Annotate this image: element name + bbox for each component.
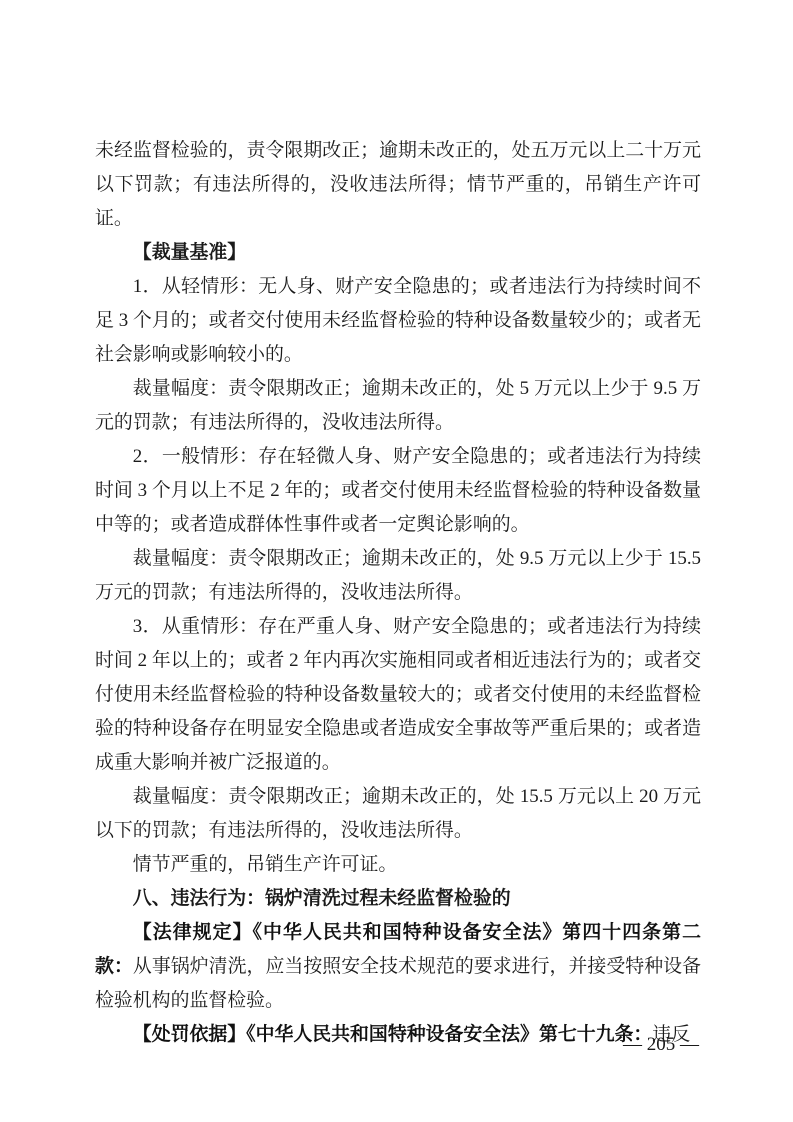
paragraph-penalty-basis: 【处罚依据】《中华人民共和国特种设备安全法》第七十九条：违反 <box>95 1018 701 1052</box>
document-content: 未经监督检验的，责令限期改正；逾期未改正的，处五万元以上二十万元以下罚款；有违法… <box>95 134 701 1052</box>
paragraph-general-circumstances: 2．一般情形：存在轻微人身、财产安全隐患的；或者违法行为持续时间 3 个月以上不… <box>95 440 701 542</box>
paragraph-legal-provision: 【法律规定】《中华人民共和国特种设备安全法》第四十四条第二款：从事锅炉清洗，应当… <box>95 916 701 1018</box>
paragraph-general-penalty-range: 裁量幅度：责令限期改正；逾期未改正的，处 9.5 万元以上少于 15.5 万元的… <box>95 542 701 610</box>
paragraph-serious-case-revocation: 情节严重的，吊销生产许可证。 <box>95 848 701 882</box>
document-page: 未经监督检验的，责令限期改正；逾期未改正的，处五万元以上二十万元以下罚款；有违法… <box>0 0 793 1122</box>
heading-discretion-benchmark: 【裁量基准】 <box>95 236 701 270</box>
page-number: — 205 — <box>623 1030 699 1060</box>
paragraph-severe-penalty-range: 裁量幅度：责令限期改正；逾期未改正的，处 15.5 万元以上 20 万元以下的罚… <box>95 780 701 848</box>
paragraph-continuation: 未经监督检验的，责令限期改正；逾期未改正的，处五万元以上二十万元以下罚款；有违法… <box>95 134 701 236</box>
penalty-basis-label: 【处罚依据】《中华人民共和国特种设备安全法》第七十九条： <box>133 1024 653 1045</box>
legal-provision-text: 从事锅炉清洗，应当按照安全技术规范的要求进行，并接受特种设备检验机构的监督检验。 <box>95 956 701 1011</box>
heading-violation-eight: 八、违法行为：锅炉清洗过程未经监督检验的 <box>95 882 701 916</box>
paragraph-lenient-penalty-range: 裁量幅度：责令限期改正；逾期未改正的，处 5 万元以上少于 9.5 万元的罚款；… <box>95 372 701 440</box>
paragraph-lenient-circumstances: 1．从轻情形：无人身、财产安全隐患的；或者违法行为持续时间不足 3 个月的；或者… <box>95 270 701 372</box>
paragraph-severe-circumstances: 3．从重情形：存在严重人身、财产安全隐患的；或者违法行为持续时间 2 年以上的；… <box>95 610 701 780</box>
